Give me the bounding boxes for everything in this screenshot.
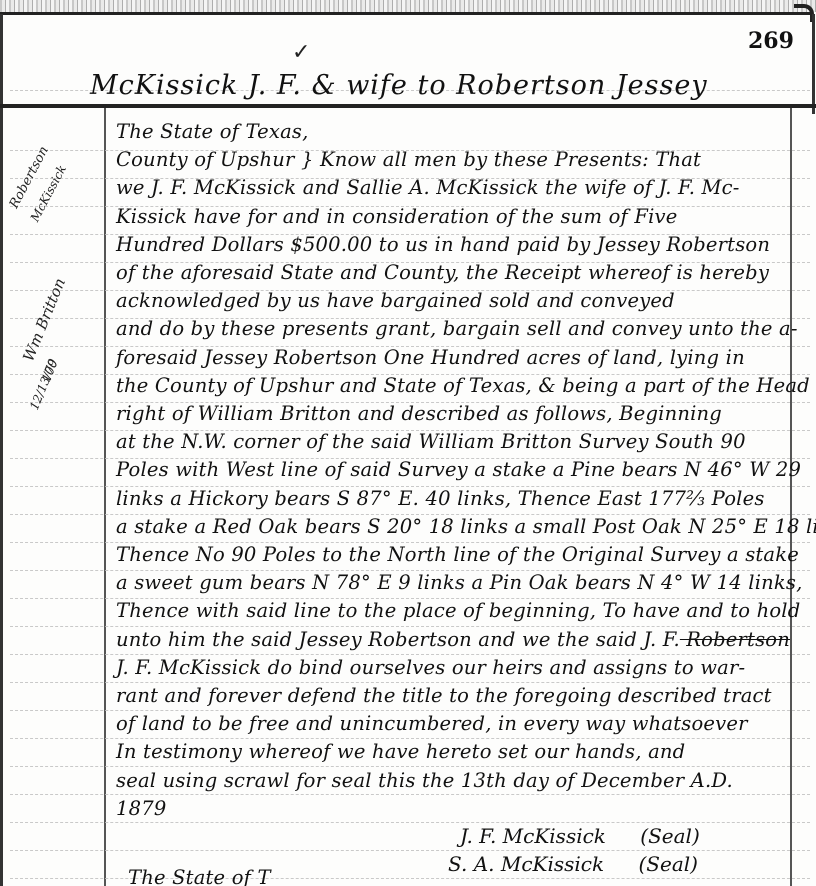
- guideline: [10, 682, 810, 683]
- deed-line: the County of Upshur and State of Texas,…: [116, 374, 810, 397]
- guideline: [10, 766, 810, 767]
- deed-line: Thence No 90 Poles to the North line of …: [116, 543, 799, 566]
- left-binding-edge: [0, 14, 3, 886]
- guideline: [10, 794, 810, 795]
- deed-line: rant and forever defend the title to the…: [116, 684, 772, 707]
- deed-line: of the aforesaid State and County, the R…: [116, 261, 769, 284]
- deed-line: Hundred Dollars $500.00 to us in hand pa…: [116, 233, 770, 256]
- top-rule: [0, 12, 810, 15]
- signature-2: S. A. McKissick (Seal): [448, 852, 698, 876]
- deed-line: J. F. McKissick do bind ourselves our he…: [116, 656, 745, 679]
- deed-line: Thence with said line to the place of be…: [116, 599, 800, 622]
- page-number: 269: [748, 28, 794, 54]
- deed-line: a stake a Red Oak bears S 20° 18 links a…: [116, 515, 816, 538]
- deed-line: and do by these presents grant, bargain …: [116, 317, 798, 340]
- guideline: [10, 738, 810, 739]
- deed-line: County of Upshur } Know all men by these…: [116, 148, 701, 171]
- deed-line: links a Hickory bears S 87° E. 40 links,…: [116, 487, 765, 510]
- seal-label: (Seal): [638, 852, 697, 876]
- deed-line: of land to be free and unincumbered, in …: [116, 712, 748, 735]
- margin-rule: [104, 108, 106, 886]
- deed-line: right of William Britton and described a…: [116, 402, 722, 425]
- deed-title: McKissick J. F. & wife to Robertson Jess…: [90, 70, 708, 101]
- guideline: [10, 850, 810, 851]
- deed-line: The State of Texas,: [116, 120, 309, 143]
- margin-note-date: 12/13/79: [27, 357, 60, 412]
- deed-line: unto him the said Jessey Robertson and w…: [116, 628, 790, 651]
- page-corner: [794, 4, 814, 22]
- seal-label: (Seal): [640, 824, 699, 848]
- deed-line: we J. F. McKissick and Sallie A. McKissi…: [116, 176, 740, 199]
- guideline: [10, 710, 810, 711]
- header-rule: [0, 104, 816, 108]
- margin-note-survey: Wm Britton: [19, 276, 69, 364]
- right-margin-rule: [790, 108, 792, 886]
- deed-line: a sweet gum bears N 78° E 9 links a Pin …: [116, 571, 803, 594]
- deed-line: Kissick have for and in consideration of…: [116, 205, 678, 228]
- signature-name: S. A. McKissick: [448, 852, 604, 876]
- deed-line: Poles with West line of said Survey a st…: [116, 458, 801, 481]
- deed-line: acknowledged by us have bargained sold a…: [116, 289, 675, 312]
- right-edge: [812, 14, 815, 114]
- deed-line: 1879: [116, 797, 166, 820]
- signature-1: J. F. McKissick (Seal): [460, 824, 700, 848]
- deed-record-page: 269 ✓ McKissick J. F. & wife to Robertso…: [0, 0, 816, 886]
- deed-line: seal using scrawl for seal this the 13th…: [116, 769, 733, 792]
- guideline: [10, 822, 810, 823]
- signature-name: J. F. McKissick: [460, 824, 606, 848]
- struck-word: Robertson: [680, 628, 790, 651]
- deed-line: In testimony whereof we have hereto set …: [116, 740, 685, 763]
- page-top-edge: [0, 0, 816, 12]
- check-mark-icon: ✓: [292, 40, 310, 65]
- deed-line: at the N.W. corner of the said William B…: [116, 430, 746, 453]
- next-entry-partial: The State of T: [128, 866, 271, 886]
- deed-line: foresaid Jessey Robertson One Hundred ac…: [116, 346, 745, 369]
